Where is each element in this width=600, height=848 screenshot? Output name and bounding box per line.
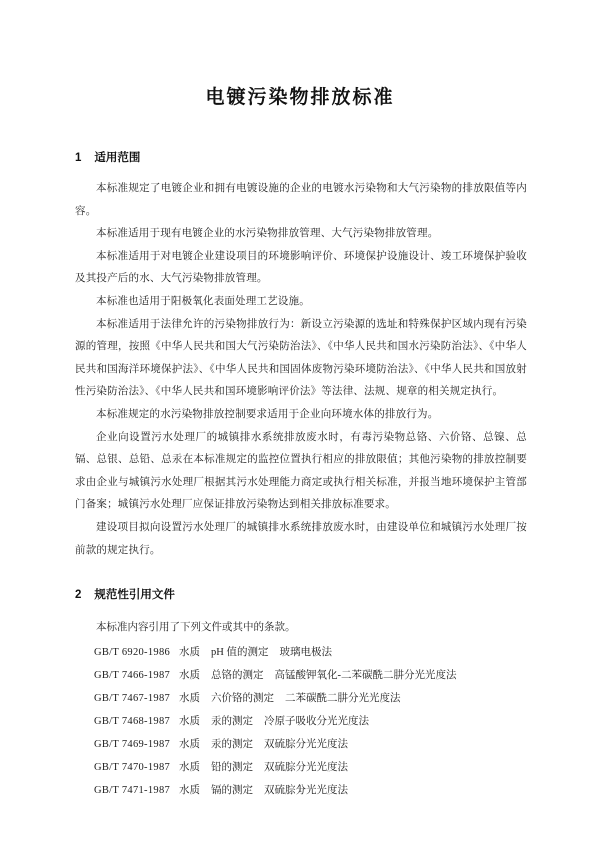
paragraph: 本标准也适用于阳极氧化表面处理工艺设施。	[75, 291, 527, 314]
reference-row: GB/T 7469-1987 水质 汞的测定 双硫腙分光光度法	[94, 733, 600, 756]
section-1-heading: 1适用范围	[75, 151, 600, 165]
reference-code: GB/T 7468-1987	[94, 710, 179, 733]
reference-method: 二苯碳酰二肼分光光度法	[285, 687, 401, 710]
document-page: 电镀污染物排放标准 1适用范围 本标准规定了电镀企业和拥有电镀设施的企业的电镀水…	[0, 0, 600, 848]
reference-method: 冷原子吸收分光光度法	[264, 710, 369, 733]
reference-item: 汞的测定	[211, 710, 253, 733]
reference-medium: 水质	[179, 687, 200, 710]
reference-code: GB/T 6920-1986	[94, 641, 179, 664]
reference-method: 双硫腙分光光度法	[264, 756, 348, 779]
paragraph: 本标准内容引用了下列文件或其中的条款。	[75, 617, 527, 640]
section-1-title: 适用范围	[94, 152, 140, 164]
paragraph: 本标准规定了电镀企业和拥有电镀设施的企业的电镀水污染物和大气污染物的排放限值等内…	[75, 178, 527, 223]
reference-item: pH 值的测定	[211, 641, 268, 664]
reference-row: GB/T 6920-1986 水质 pH 值的测定 玻璃电极法	[94, 641, 600, 664]
paragraph: 企业向设置污水处理厂的城镇排水系统排放废水时，有毒污染物总铬、六价铬、总镍、总镉…	[75, 427, 527, 517]
reference-medium: 水质	[179, 641, 200, 664]
reference-code: GB/T 7470-1987	[94, 756, 179, 779]
reference-item: 汞的测定	[211, 733, 253, 756]
reference-row: GB/T 7468-1987 水质 汞的测定 冷原子吸收分光光度法	[94, 710, 600, 733]
paragraph: 本标准适用于现有电镀企业的水污染物排放管理、大气污染物排放管理。	[75, 223, 527, 246]
section-2-heading: 2规范性引用文件	[75, 588, 600, 602]
reference-row: GB/T 7467-1987 水质 六价铬的测定 二苯碳酰二肼分光光度法	[94, 687, 600, 710]
reference-medium: 水质	[179, 756, 200, 779]
reference-item: 铅的测定	[211, 756, 253, 779]
reference-item: 六价铬的测定	[211, 687, 274, 710]
paragraph: 本标准规定的水污染物排放控制要求适用于企业向环境水体的排放行为。	[75, 404, 527, 427]
section-2-number: 2	[75, 588, 81, 602]
reference-code: GB/T 7467-1987	[94, 687, 179, 710]
paragraph: 建设项目拟向设置污水处理厂的城镇排水系统排放废水时，由建设单位和城镇污水处理厂按…	[75, 517, 527, 562]
page-title: 电镀污染物排放标准	[0, 0, 600, 110]
reference-code: GB/T 7469-1987	[94, 733, 179, 756]
section-2-intro: 本标准内容引用了下列文件或其中的条款。	[75, 617, 527, 640]
paragraph: 本标准适用于对电镀企业建设项目的环境影响评价、环境保护设施设计、竣工环境保护验收…	[75, 246, 527, 291]
section-1-body: 本标准规定了电镀企业和拥有电镀设施的企业的电镀水污染物和大气污染物的排放限值等内…	[75, 178, 527, 562]
reference-method: 高锰酸钾氧化-二苯碳酰二肼分光光度法	[275, 664, 457, 687]
paragraph: 本标准适用于法律允许的污染物排放行为：新设立污染源的选址和特殊保护区域内现有污染…	[75, 314, 527, 404]
reference-list: GB/T 6920-1986 水质 pH 值的测定 玻璃电极法 GB/T 746…	[94, 641, 600, 803]
reference-medium: 水质	[179, 664, 200, 687]
reference-row: GB/T 7466-1987 水质 总铬的测定 高锰酸钾氧化-二苯碳酰二肼分光光…	[94, 664, 600, 687]
section-1-number: 1	[75, 151, 81, 165]
reference-medium: 水质	[179, 710, 200, 733]
reference-method: 玻璃电极法	[279, 641, 332, 664]
reference-code: GB/T 7466-1987	[94, 664, 179, 687]
reference-method: 双硫腙分光光度法	[264, 733, 348, 756]
reference-row: GB/T 7470-1987 水质 铅的测定 双硫腙分光光度法	[94, 756, 600, 779]
page-number: 1	[0, 784, 600, 795]
section-2-title: 规范性引用文件	[94, 589, 175, 601]
reference-medium: 水质	[179, 733, 200, 756]
reference-item: 总铬的测定	[211, 664, 264, 687]
